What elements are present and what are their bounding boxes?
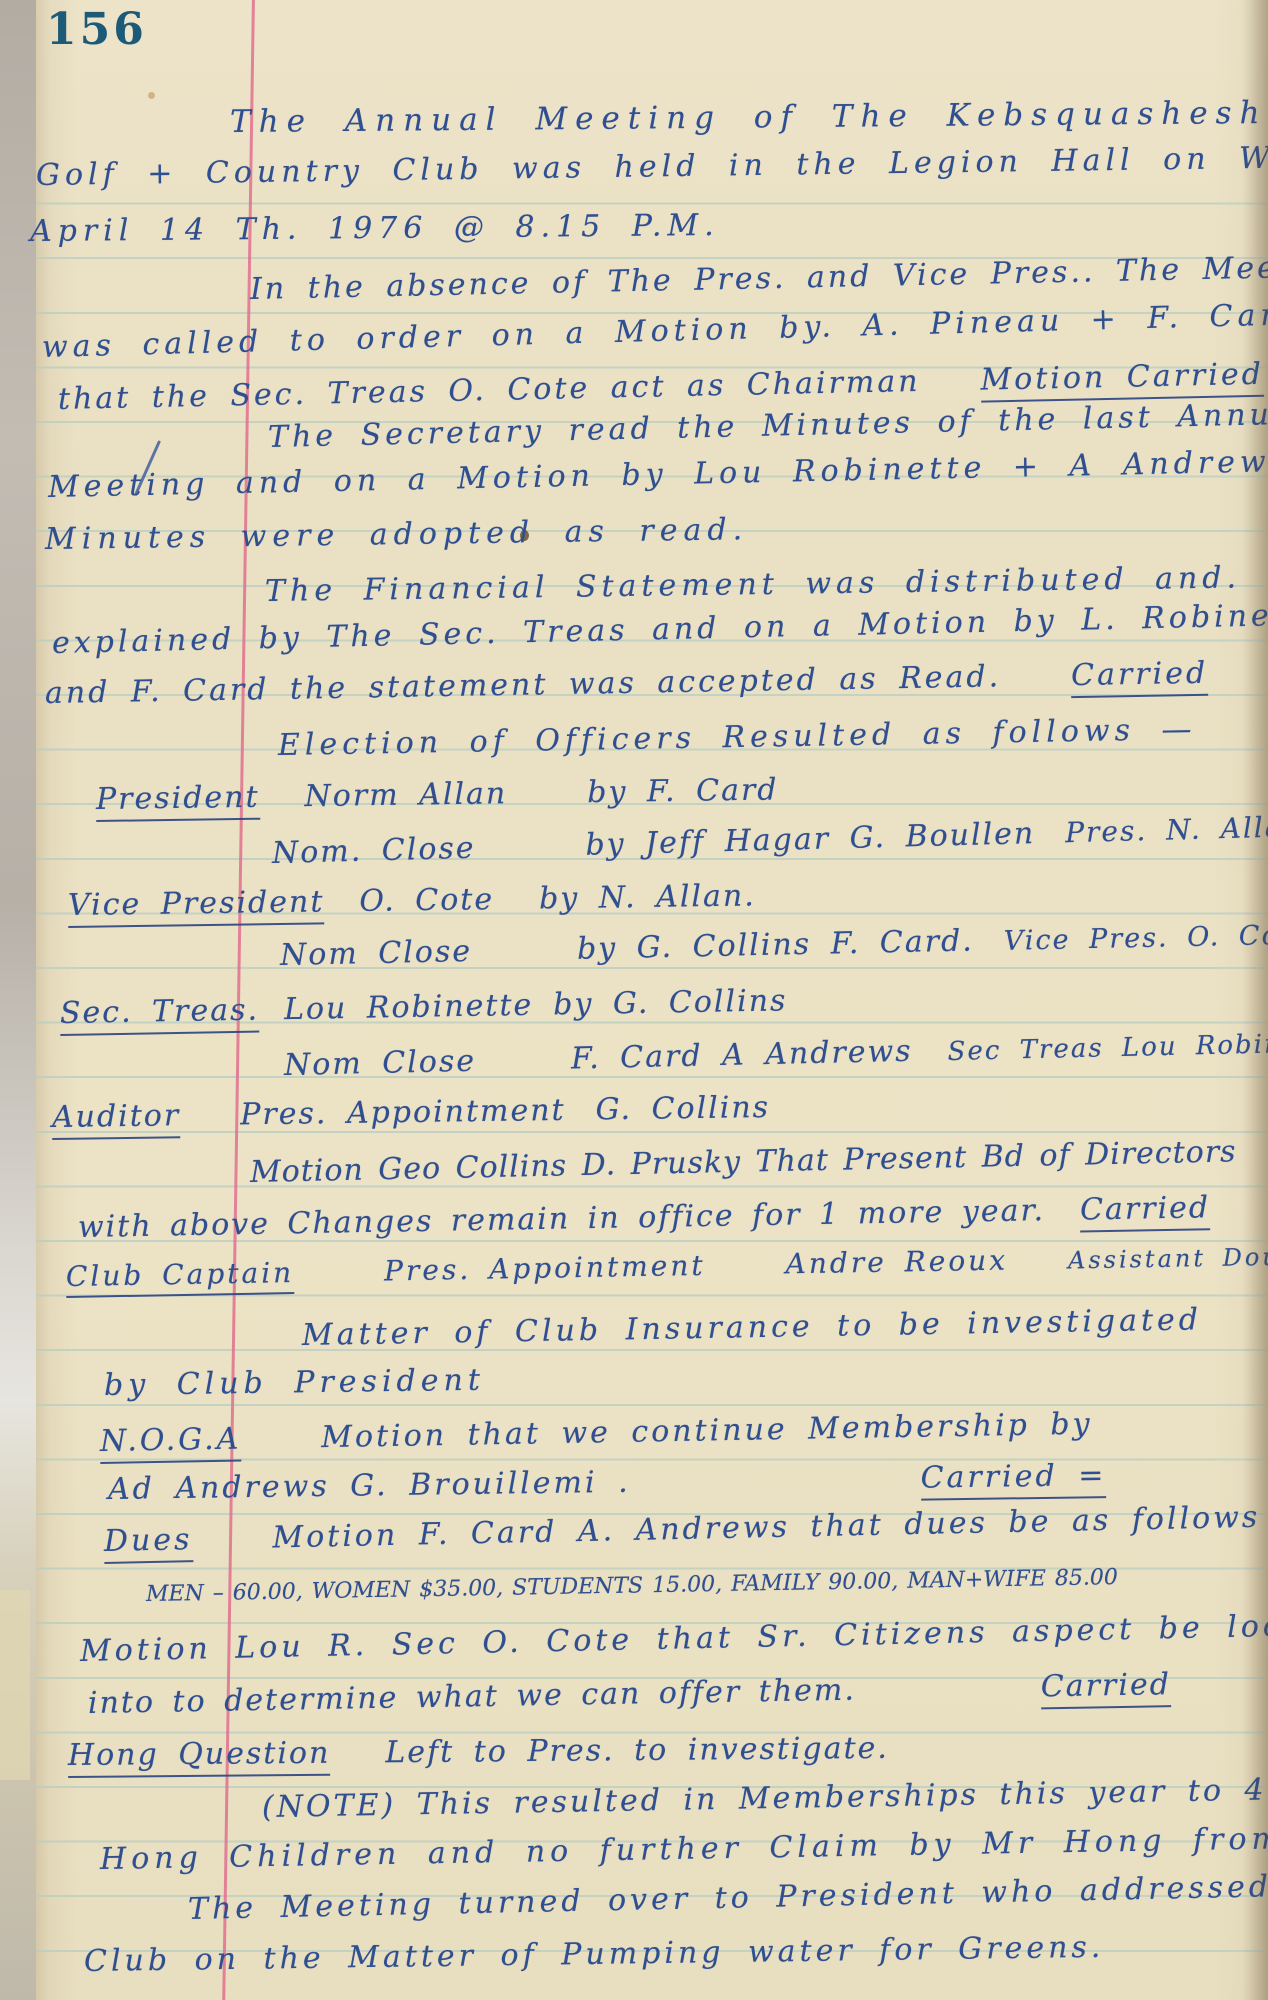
- manuscript-text: Assistant Doug Prusky.: [1068, 1240, 1268, 1274]
- manuscript-text: Nom Close: [284, 1044, 477, 1083]
- manuscript-text: Nom. Close: [272, 831, 476, 871]
- manuscript-text: G. Collins: [595, 1090, 770, 1127]
- manuscript-text: Left to Pres. to investigate.: [385, 1731, 889, 1770]
- dues-heading: Dues: [104, 1522, 193, 1564]
- manuscript-text: by N. Allan.: [539, 878, 756, 916]
- manuscript-text: Norm Allan: [304, 776, 507, 814]
- manuscript-text: Vice Pres. O. Cote: [1003, 919, 1268, 956]
- manuscript-text: Nom Close: [280, 934, 473, 973]
- manuscript-text: Pres. N. Allan: [1065, 810, 1268, 849]
- page-number: 156: [46, 4, 147, 55]
- club-captain-heading: Club Captain: [66, 1256, 295, 1298]
- hong-question-heading: Hong Question: [68, 1736, 331, 1778]
- manuscript-text: by F. Card: [587, 772, 779, 810]
- carried-note: Carried =: [920, 1458, 1106, 1501]
- manuscript-line: Hong QuestionLeft to Pres. to investigat…: [68, 1731, 889, 1778]
- manuscript-text: by G. Collins: [553, 983, 788, 1022]
- manuscript-text: Andre Reoux: [785, 1244, 1008, 1281]
- scanned-minute-book-page: 156 The Annual Meeting of The Kebsquashe…: [0, 0, 1268, 2000]
- manuscript-text: Pres. Appointment: [240, 1093, 566, 1133]
- manuscript-text: Pres. Appointment: [384, 1249, 706, 1288]
- manuscript-text: Ad Andrews G. Brouillemi .: [108, 1465, 631, 1507]
- carried-note: Carried: [1041, 1667, 1172, 1709]
- sec-treas-heading: Sec. Treas.: [60, 993, 260, 1036]
- scan-edge-patch: [0, 1590, 30, 1780]
- carried-note: Carried: [1071, 656, 1209, 698]
- page-curve-shadow: [1242, 0, 1268, 2000]
- manuscript-text: O. Cote: [359, 882, 494, 919]
- paper-speck: [148, 92, 155, 99]
- noga-heading: N.O.G.A: [100, 1422, 242, 1464]
- vice-president-heading: Vice President: [68, 884, 325, 928]
- manuscript-line: April 14 Th. 1976 @ 8.15 P.M.: [30, 208, 720, 249]
- carried-note: Carried: [1080, 1190, 1211, 1232]
- manuscript-text: Lou Robinette: [284, 988, 534, 1027]
- manuscript-text: April 14 Th. 1976 @ 8.15 P.M.: [30, 208, 720, 249]
- president-heading: President: [96, 780, 260, 822]
- manuscript-line: by Club President: [104, 1363, 485, 1403]
- auditor-heading: Auditor: [52, 1098, 181, 1140]
- carried-note: Motion Carried: [980, 357, 1264, 403]
- manuscript-text: Sec Treas Lou Robinette: [947, 1028, 1268, 1067]
- manuscript-text: by Club President: [104, 1363, 485, 1403]
